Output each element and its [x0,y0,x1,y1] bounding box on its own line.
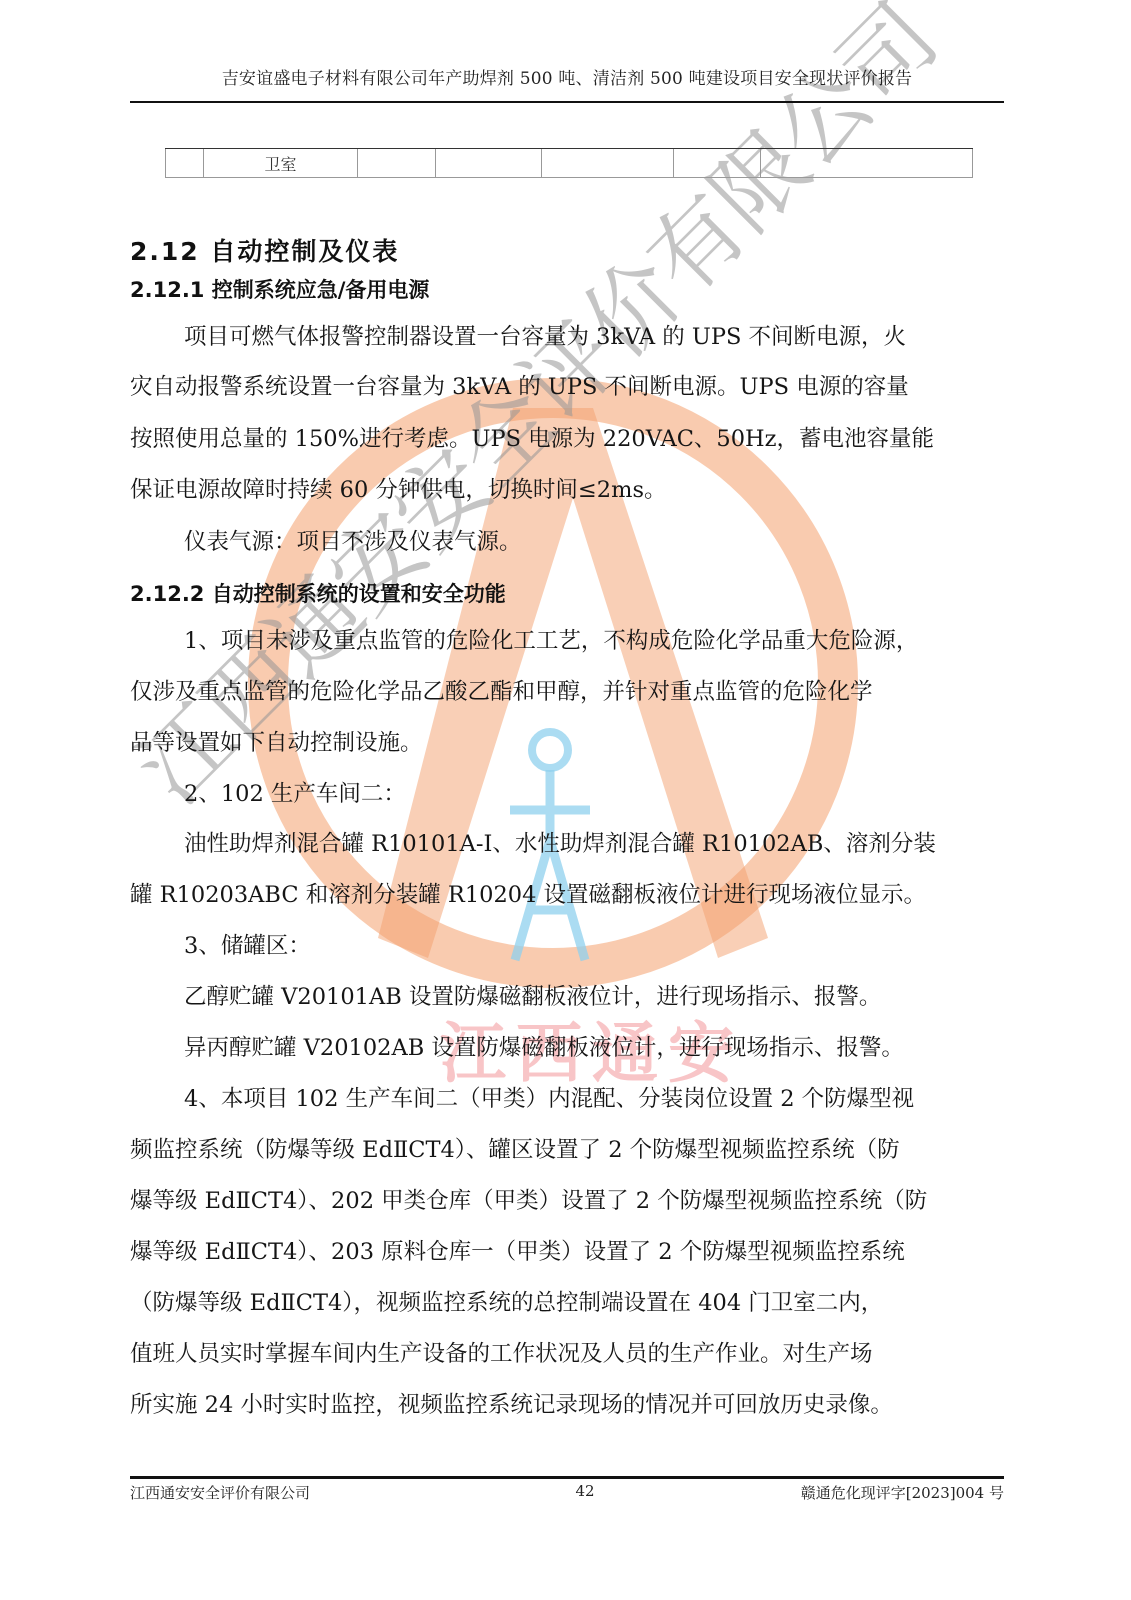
header-divider [130,101,1004,103]
table-cell [673,149,760,177]
document-number: 赣通危化现评字[2023]004 号 [801,1482,1004,1503]
paragraph-line: 保证电源故障时持续 60 分钟供电，切换时间≤2ms。 [130,475,1004,505]
paragraph-line: 1、项目未涉及重点监管的危险化工工艺，不构成危险化学品重大危险源， [184,626,1004,656]
document-page: 江西通安 江西通安安全评价有限公司 吉安谊盛电子材料有限公司年产助焊剂 500 … [0,0,1131,1600]
table-cell [435,149,541,177]
section-heading: 2.12 自动控制及仪表 [130,232,399,268]
paragraph-line: 品等设置如下自动控制设施。 [130,728,1004,758]
paragraph-line: 项目可燃气体报警控制器设置一台容量为 3kVA 的 UPS 不间断电源，火 [184,322,1004,352]
paragraph-line: 按照使用总量的 150%进行考虑。UPS 电源为 220VAC、50Hz，蓄电池… [130,424,1004,454]
paragraph-line: 罐 R10203ABC 和溶剂分装罐 R10204 设置磁翻板液位计进行现场液位… [130,880,1004,910]
paragraph-line: 仪表气源：项目不涉及仪表气源。 [184,527,1004,557]
table-cell [165,149,203,177]
paragraph-line: 油性助焊剂混合罐 R10101A-I、水性助焊剂混合罐 R10102AB、溶剂分… [184,829,1004,859]
footer-divider [130,1476,1004,1479]
paragraph-line: 仅涉及重点监管的危险化学品乙酸乙酯和甲醇，并针对重点监管的危险化学 [130,677,1004,707]
subsection-heading: 2.12.2 自动控制系统的设置和安全功能 [130,578,506,608]
paragraph-line: 爆等级 EdⅡCT4）、203 原料仓库一（甲类）设置了 2 个防爆型视频监控系… [130,1237,1004,1267]
footer-company: 江西通安安全评价有限公司 [130,1482,310,1503]
running-header: 吉安谊盛电子材料有限公司年产助焊剂 500 吨、清洁剂 500 吨建设项目安全现… [130,64,1004,89]
paragraph-line: 灾自动报警系统设置一台容量为 3kVA 的 UPS 不间断电源。UPS 电源的容… [130,372,1004,402]
table-cell [541,149,673,177]
paragraph-line: 爆等级 EdⅡCT4）、202 甲类仓库（甲类）设置了 2 个防爆型视频监控系统… [130,1186,1004,1216]
paragraph-line: 频监控系统（防爆等级 EdⅡCT4）、罐区设置了 2 个防爆型视频监控系统（防 [130,1135,1004,1165]
paragraph-line: 乙醇贮罐 V20101AB 设置防爆磁翻板液位计，进行现场指示、报警。 [184,982,1004,1012]
paragraph-line: 异丙醇贮罐 V20102AB 设置防爆磁翻板液位计，进行现场指示、报警。 [184,1033,1004,1063]
paragraph-line: （防爆等级 EdⅡCT4），视频监控系统的总控制端设置在 404 门卫室二内， [130,1288,1004,1318]
page-number: 42 [560,1482,610,1500]
table-continuation: 卫室 [165,148,973,178]
paragraph-line: 2、102 生产车间二： [184,779,1004,809]
paragraph-line: 3、储罐区： [184,931,1004,961]
paragraph-line: 所实施 24 小时实时监控，视频监控系统记录现场的情况并可回放历史录像。 [130,1390,1004,1420]
table-cell [760,149,973,177]
paragraph-line: 4、本项目 102 生产车间二（甲类）内混配、分装岗位设置 2 个防爆型视 [184,1084,1004,1114]
subsection-heading: 2.12.1 控制系统应急/备用电源 [130,274,429,304]
table-cell: 卫室 [203,149,357,177]
table-cell [357,149,435,177]
paragraph-line: 值班人员实时掌握车间内生产设备的工作状况及人员的生产作业。对生产场 [130,1339,1004,1369]
